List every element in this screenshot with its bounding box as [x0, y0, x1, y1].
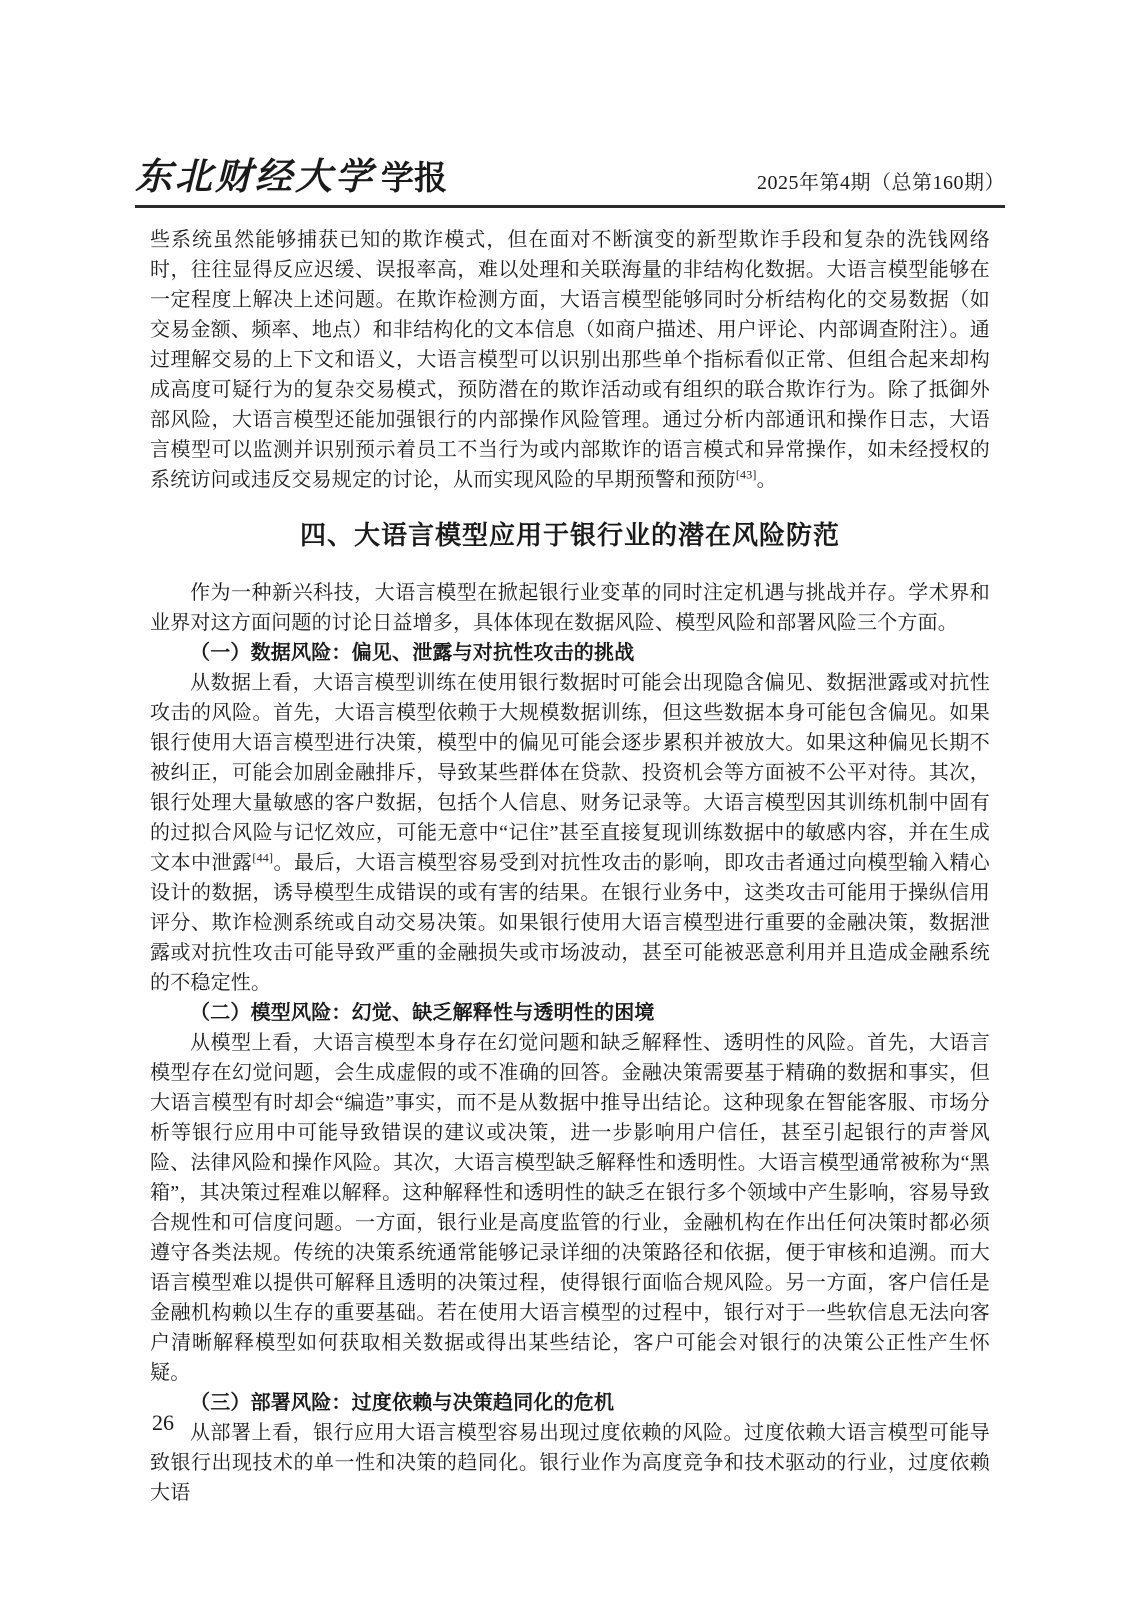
- journal-logo: 东北财经大学学报: [135, 146, 447, 200]
- page-number: 26: [152, 1410, 174, 1436]
- paragraph-fraud-detection: 些系统虽然能够捕获已知的欺诈模式，但在面对不断演变的新型欺诈手段和复杂的洗钱网络…: [150, 225, 990, 495]
- issue-info: 2025年第4期（总第160期）: [757, 166, 1005, 200]
- journal-name-suffix: 学报: [381, 161, 447, 197]
- sub-heading-data-risk: （一）数据风险：偏见、泄露与对抗性攻击的挑战: [150, 638, 990, 668]
- paragraph-intro: 作为一种新兴科技，大语言模型在掀起银行业变革的同时注定机遇与挑战并存。学术界和业…: [150, 578, 990, 638]
- footnote-ref-43: [43]: [736, 467, 757, 481]
- journal-page: 东北财经大学学报 2025年第4期（总第160期） 些系统虽然能够捕获已知的欺诈…: [0, 0, 1140, 1600]
- paragraph-deploy-risk: 从部署上看，银行应用大语言模型容易出现过度依赖的风险。过度依赖大语言模型可能导致…: [150, 1418, 990, 1508]
- paragraph-model-risk: 从模型上看，大语言模型本身存在幻觉问题和缺乏解释性、透明性的风险。首先，大语言模…: [150, 1028, 990, 1388]
- paragraph-fraud-detection-tail: 。: [757, 469, 777, 491]
- journal-name-calligraphy: 东北财经大学: [135, 157, 375, 198]
- footnote-ref-44: [44]: [252, 850, 273, 864]
- sub-heading-deploy-risk: （三）部署风险：过度依赖与决策趋同化的危机: [150, 1388, 990, 1418]
- page-header: 东北财经大学学报 2025年第4期（总第160期）: [135, 146, 1005, 205]
- paragraph-fraud-detection-text: 些系统虽然能够捕获已知的欺诈模式，但在面对不断演变的新型欺诈手段和复杂的洗钱网络…: [150, 229, 990, 491]
- sub-heading-model-risk: （二）模型风险：幻觉、缺乏解释性与透明性的困境: [150, 998, 990, 1028]
- article-body: 些系统虽然能够捕获已知的欺诈模式，但在面对不断演变的新型欺诈手段和复杂的洗钱网络…: [150, 225, 990, 1508]
- paragraph-data-risk: 从数据上看，大语言模型训练在使用银行数据时可能会出现隐含偏见、数据泄露或对抗性攻…: [150, 668, 990, 998]
- section-heading-four: 四、大语言模型应用于银行业的潜在风险防范: [150, 516, 990, 554]
- header-divider: [135, 205, 1005, 208]
- paragraph-data-risk-tail: 。最后，大语言模型容易受到对抗性攻击的影响，即攻击者通过向模型输入精心设计的数据…: [150, 852, 990, 994]
- paragraph-data-risk-text: 从数据上看，大语言模型训练在使用银行数据时可能会出现隐含偏见、数据泄露或对抗性攻…: [150, 672, 990, 874]
